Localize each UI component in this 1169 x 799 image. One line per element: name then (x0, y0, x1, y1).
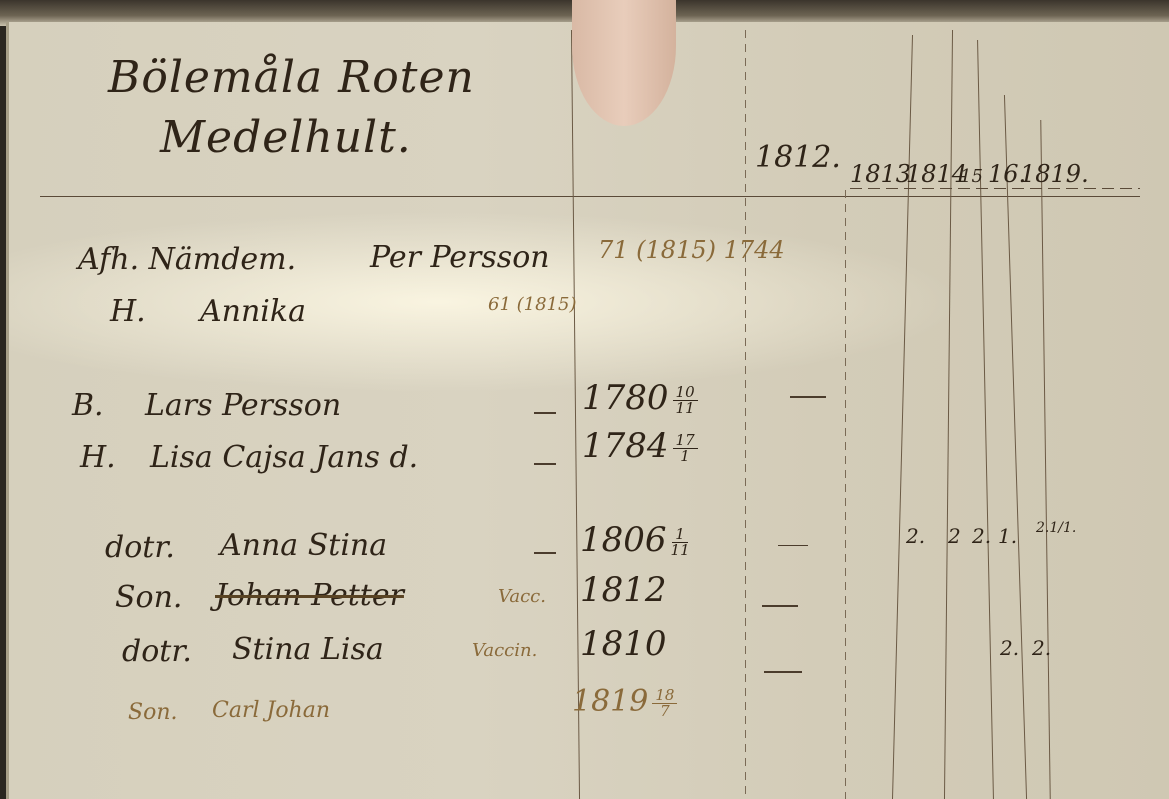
entry-7-name: Stina Lisa (232, 632, 384, 667)
year-col-1812: 1812. (755, 140, 841, 175)
entry-2-name: Annika (200, 294, 306, 329)
entry-7-col1812-dash (764, 671, 802, 673)
entry-6-birth: 1812 (580, 570, 667, 610)
entry-5-name: Anna Stina (220, 528, 387, 563)
entry-6-col1812-dash (762, 605, 798, 607)
entry-3-birth: 17801011 (582, 378, 698, 418)
entry-3-title: B. (72, 388, 104, 423)
entry-5-col1812-dash (778, 545, 808, 546)
year-col-1819: 1819. (1020, 160, 1089, 188)
entry-5-mark-1813: 2. (906, 524, 925, 548)
entry-3-col1812-dash (790, 396, 826, 398)
entry-4-birth: 1784171 (582, 426, 698, 466)
entry-6-name-struck: Johan Petter (215, 578, 404, 613)
entry-7-title: dotr. (122, 634, 192, 669)
entry-1-name: Per Persson (370, 240, 550, 275)
entry-8-name: Carl Johan (212, 698, 330, 723)
entry-5-birth: 1806111 (580, 520, 690, 560)
header-rule (40, 196, 1140, 197)
heading-roten: Bölemåla Roten (108, 52, 475, 103)
entry-5-mark-1819: 2.1/1. (1036, 520, 1076, 536)
entry-4-name: Lisa Cajsa Jans d. (150, 440, 418, 475)
entry-4-dash (534, 463, 556, 465)
year-col-15: 15 (960, 166, 983, 187)
entry-8-birth: 1819187 (572, 684, 677, 719)
entry-3-name: Lars Persson (145, 388, 341, 423)
year-col-1813: 1813 (850, 160, 911, 188)
entry-5-dash (534, 552, 556, 554)
entry-7-annotation: Vaccin. (472, 640, 537, 661)
entry-3-dash (534, 412, 556, 414)
heading-village: Medelhult. (160, 112, 412, 163)
column-divider-1812 (845, 190, 846, 799)
entry-7-birth: 1810 (580, 624, 667, 664)
entry-4-title: H. (80, 440, 116, 475)
entry-5-title: dotr. (105, 530, 175, 565)
entry-7-mark-1819: 2. (1032, 636, 1051, 660)
column-divider-birth (745, 30, 746, 799)
entry-6-title: Son. (115, 580, 182, 615)
entry-5-mark-16: 1. (998, 524, 1017, 548)
entry-7-mark-16: 2. (1000, 636, 1019, 660)
entry-2-title: H. (110, 294, 146, 329)
year-col-1814: 1814 (906, 160, 967, 188)
entry-8-title: Son. (128, 700, 177, 725)
entry-6-annotation: Vacc. (498, 586, 546, 607)
entry-5-mark-15: 2. (972, 524, 991, 548)
entry-1-birth: 71 (1815) 1744 (598, 236, 785, 264)
entry-5-mark-1814: 2 (948, 524, 961, 548)
entry-1-title: Afh. Nämdem. (78, 242, 296, 277)
year-header-rule (850, 188, 1140, 189)
entry-2-note: 61 (1815) (488, 294, 576, 315)
